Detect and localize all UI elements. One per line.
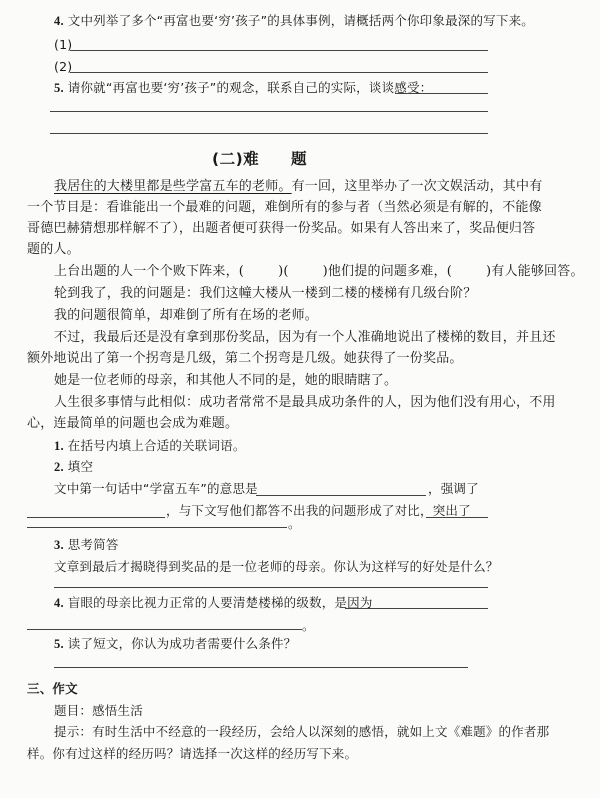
question-5b: 5.读了短文，你认为成功者需要什么条件？ <box>54 635 296 653</box>
blank-q2-highlight-a[interactable] <box>426 517 488 518</box>
answer-line-q5b[interactable] <box>54 667 468 668</box>
passage-p4: 我的问题很简单，却难倒了所有在场的老师。 <box>54 307 318 324</box>
question-4: 4.文中列举了多个“再富也要‘穷’孩子”的具体事例，请概括两个你印象最深的写下来… <box>54 12 534 30</box>
answer-line-q5-b[interactable] <box>50 133 488 134</box>
question-2-line1-end: ，强调了 <box>428 480 479 497</box>
passage-p7-line2: 心，连最简单的问题也会成为难题。 <box>27 415 238 432</box>
passage-p1-line1: 我居住的大楼里都是些学富五车的老师。有一回，这里举办了一次文娱活动，其中有 <box>54 178 542 195</box>
answer-line-1[interactable] <box>70 50 488 51</box>
answer-line-q5-a[interactable] <box>50 111 488 112</box>
passage-p6: 她是一位老师的母亲，和其他人不同的是，她的眼睛瞎了。 <box>54 372 397 389</box>
passage-p1-line4: 题的人。 <box>27 241 80 258</box>
blank-q2-emphasis[interactable] <box>27 517 165 518</box>
composition-hint-line2: 样。你有过这样的经历吗？请选择一次这样的经历写下来。 <box>27 745 357 762</box>
answer-line-q4-inline[interactable] <box>345 608 488 609</box>
passage-p5-line2: 额外地说出了第一个拐弯是几级，第二个拐弯是几级。她获得了一份奖品。 <box>27 350 463 367</box>
question-4b: 4.盲眼的母亲比视力正常的人要清楚楼梯的级数，是因为 <box>54 594 373 612</box>
question-3-prompt: 文章到最后才揭晓得到奖品的是一位老师的母亲。你认为这样写的好处是什么？ <box>54 558 499 575</box>
answer-line-2[interactable] <box>70 72 488 73</box>
passage-p1-line2: 一个节目是：看谁能出一个最难的问题，难倒所有的参与者（当然必须是有解的，不能像 <box>27 199 542 216</box>
blank-q2-highlight-b[interactable] <box>27 527 287 528</box>
answer-line-q4[interactable] <box>27 629 302 630</box>
question-2-line1: 文中第一句话中“学富五车”的意思是 <box>54 480 258 497</box>
section-title-right: 题 <box>291 147 307 169</box>
answer-line-q5-inline[interactable] <box>395 93 488 94</box>
composition-hint-line1: 提示：有时生活中不经意的一段经历，会给人以深刻的感悟，就如上文《难题》的作者那 <box>54 723 549 740</box>
question-5: 5.请你就“再富也要‘穷’孩子”的观念，联系自己的实际，谈谈感受： <box>54 79 432 97</box>
blank-q2-meaning[interactable] <box>256 495 426 496</box>
question-3: 3.思考简答 <box>54 536 119 554</box>
question-2-line3-end: 。 <box>288 515 301 532</box>
passage-p2: 上台出题的人一个个败下阵来，()()他们提的问题多难，()有人能够回答。 <box>54 263 584 280</box>
passage-p1-line3: 哥德巴赫猜想那样解不了），出题者便可获得一份奖品。如果有人答出来了，奖品便归答 <box>27 220 535 237</box>
question-4b-end: 。 <box>302 617 315 634</box>
composition-topic: 题目：感悟生活 <box>54 702 143 719</box>
answer-line-q3[interactable] <box>54 587 488 588</box>
passage-p7-line1: 人生很多事情与此相似：成功者常常不是最具成功条件的人，因为他们没有用心，不用 <box>54 394 556 411</box>
section-title-left: (二)难 <box>212 147 259 169</box>
passage-p5-line1: 不过，我最后还是没有拿到那份奖品，因为有一个人准确地说出了楼梯的数目，并且还 <box>54 329 556 346</box>
passage-p3: 轮到我了，我的问题是：我们这幢大楼从一楼到二楼的楼梯有几级台阶？ <box>54 285 476 302</box>
question-1: 1.在括号内填上合适的关联词语。 <box>54 437 246 455</box>
question-2: 2.填空 <box>54 458 93 476</box>
composition-heading: 三、作文 <box>27 680 78 697</box>
